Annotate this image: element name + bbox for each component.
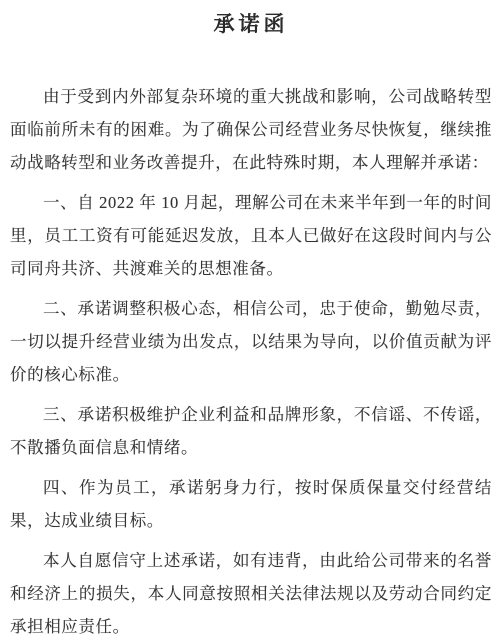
paragraph-intro: 由于受到内外部复杂环境的重大挑战和影响，公司战略转型面临前所未有的困难。为了确保… [10,80,492,179]
paragraph-item-2: 二、承诺调整积极心态，相信公司，忠于使命，勤勉尽责，一切以提升经营业绩为出发点，… [10,292,492,391]
paragraph-closing: 本人自愿信守上述承诺，如有违背，由此给公司带来的名誉和经济上的损失，本人同意按照… [10,544,492,643]
paragraph-item-4: 四、作为员工，承诺躬身力行，按时保质保量交付经营结果，达成业绩目标。 [10,471,492,537]
document-title: 承诺函 [10,12,492,36]
paragraph-item-3: 三、承诺积极维护企业利益和品牌形象，不信谣、不传谣，不散播负面信息和情绪。 [10,398,492,464]
paragraph-item-1: 一、自 2022 年 10 月起，理解公司在未来半年到一年的时间里，员工工资有可… [10,186,492,285]
document-page: 承诺函 由于受到内外部复杂环境的重大挑战和影响，公司战略转型面临前所未有的困难。… [0,0,502,644]
